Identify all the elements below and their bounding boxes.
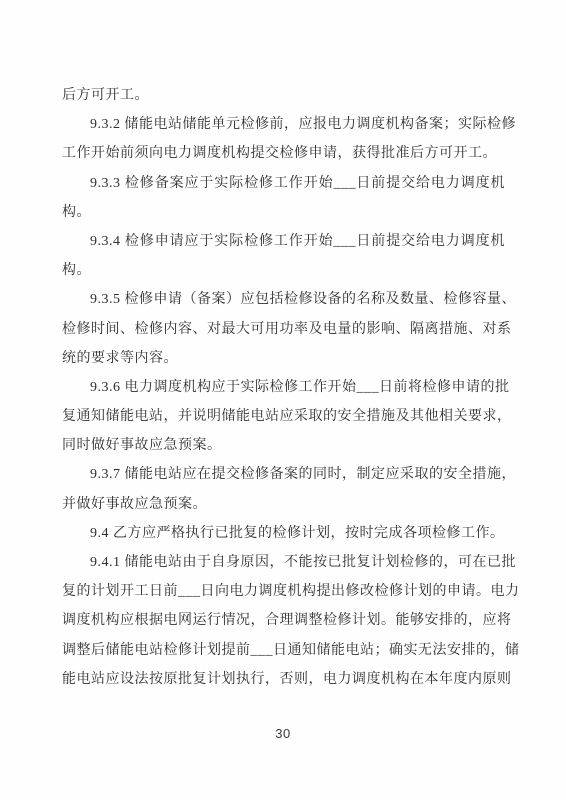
text-line: 9.4 乙方应严格执行已批复的检修计划，按时完成各项检修工作。 bbox=[62, 519, 505, 548]
text-line: 9.3.5 检修申请（备案）应包括检修设备的名称及数量、检修容量、 bbox=[62, 285, 505, 314]
text-line: 调度机构应根据电网运行情况，合理调整检修计划。能够安排的，应将 bbox=[62, 606, 505, 635]
text-line: 9.4.1 储能电站由于自身原因，不能按已批复计划检修的，可在已批 bbox=[62, 548, 505, 577]
text-line: 9.3.3 检修备案应于实际检修工作开始___日前提交给电力调度机 bbox=[62, 169, 505, 198]
text-line: 9.3.4 检修申请应于实际检修工作开始___日前提交给电力调度机 bbox=[62, 227, 505, 256]
text-line: 构。 bbox=[62, 198, 505, 227]
text-line: 复通知储能电站，并说明储能电站应采取的安全措施及其他相关要求， bbox=[62, 402, 505, 431]
text-line: 工作开始前须向电力调度机构提交检修申请，获得批准后方可开工。 bbox=[62, 139, 505, 168]
text-line: 同时做好事故应急预案。 bbox=[62, 431, 505, 460]
document-body: 后方可开工。9.3.2 储能电站储能单元检修前，应报电力调度机构备案；实际检修工… bbox=[62, 81, 505, 694]
text-line: 并做好事故应急预案。 bbox=[62, 490, 505, 519]
text-line: 9.3.2 储能电站储能单元检修前，应报电力调度机构备案；实际检修 bbox=[62, 110, 505, 139]
text-line: 调整后储能电站检修计划提前___日通知储能电站；确实无法安排的，储 bbox=[62, 636, 505, 665]
text-line: 能电站应设法按原批复计划执行，否则，电力调度机构在本年度内原则 bbox=[62, 665, 505, 694]
document-page: 后方可开工。9.3.2 储能电站储能单元检修前，应报电力调度机构备案；实际检修工… bbox=[0, 0, 566, 800]
text-line: 检修时间、检修内容、对最大可用功率及电量的影响、隔离措施、对系 bbox=[62, 315, 505, 344]
text-line: 构。 bbox=[62, 256, 505, 285]
text-line: 后方可开工。 bbox=[62, 81, 505, 110]
text-line: 统的要求等内容。 bbox=[62, 344, 505, 373]
text-line: 复的计划开工日前___日向电力调度机构提出修改检修计划的申请。电力 bbox=[62, 577, 505, 606]
page-number: 30 bbox=[0, 726, 566, 741]
text-line: 9.3.6 电力调度机构应于实际检修工作开始___日前将检修申请的批 bbox=[62, 373, 505, 402]
text-line: 9.3.7 储能电站应在提交检修备案的同时，制定应采取的安全措施， bbox=[62, 460, 505, 489]
